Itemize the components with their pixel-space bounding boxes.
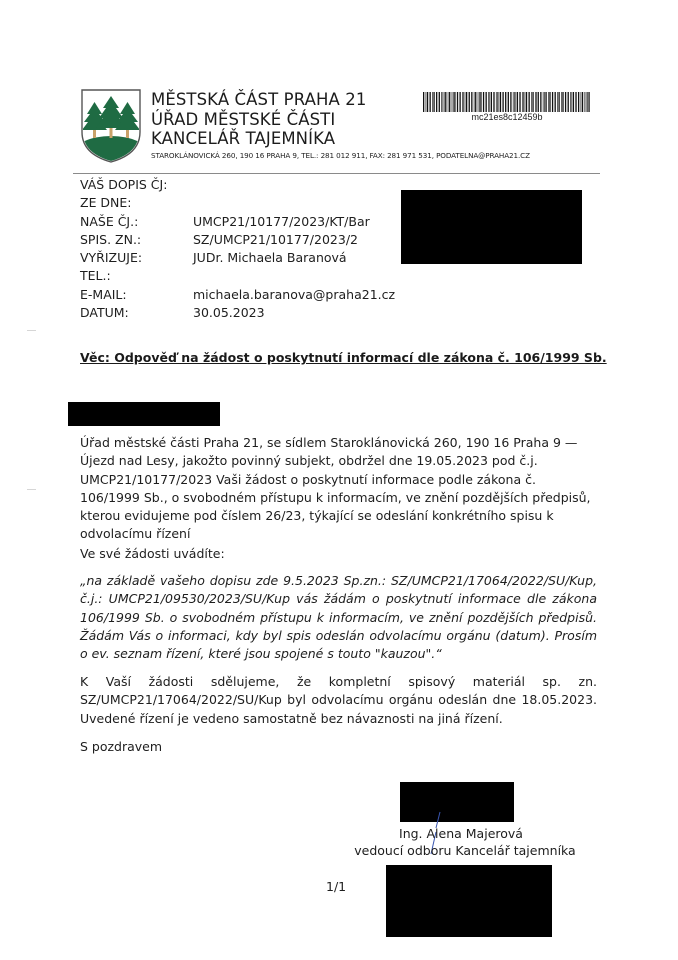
reference-value: UMCP21/10177/2023/KT/Bar bbox=[193, 213, 370, 231]
reference-row: TEL.: bbox=[80, 267, 395, 285]
reference-row: VYŘIZUJE:JUDr. Michaela Baranová bbox=[80, 249, 395, 267]
reference-row: ZE DNE: bbox=[80, 194, 395, 212]
redacted-salutation bbox=[68, 402, 220, 426]
reference-value: SZ/UMCP21/10177/2023/2 bbox=[193, 231, 358, 249]
redacted-stamp bbox=[386, 865, 552, 937]
reference-label: E-MAIL: bbox=[80, 286, 193, 304]
page-number: 1/1 bbox=[326, 879, 346, 894]
municipal-coat-of-arms-logo bbox=[80, 88, 142, 164]
reference-row: NAŠE ČJ.:UMCP21/10177/2023/KT/Bar bbox=[80, 213, 395, 231]
reference-row: E-MAIL:michaela.baranova@praha21.cz bbox=[80, 286, 395, 304]
punch-mark bbox=[27, 330, 36, 331]
reference-label: SPIS. ZN.: bbox=[80, 231, 193, 249]
reference-value: michaela.baranova@praha21.cz bbox=[193, 286, 395, 304]
intro-paragraph: Úřad městské části Praha 21, se sídlem S… bbox=[80, 434, 597, 544]
quoted-request: „na základě vašeho dopisu zde 9.5.2023 S… bbox=[80, 572, 597, 663]
signer-name: Ing. Alena Majerová bbox=[356, 826, 566, 841]
barcode-icon bbox=[423, 92, 591, 112]
reference-label: VÁŠ DOPIS ČJ: bbox=[80, 176, 193, 194]
redacted-recipient-address bbox=[401, 190, 582, 264]
header-separator bbox=[73, 173, 600, 174]
closing-greeting: S pozdravem bbox=[80, 738, 597, 756]
org-name-line-2: ÚŘAD MĚSTSKÉ ČÁSTI bbox=[151, 110, 335, 130]
reference-label: TEL.: bbox=[80, 267, 193, 285]
request-intro: Ve své žádosti uvádíte: bbox=[80, 545, 597, 563]
barcode-code: mc21es8c12459b bbox=[423, 112, 591, 122]
reference-table: VÁŠ DOPIS ČJ:ZE DNE:NAŠE ČJ.:UMCP21/1017… bbox=[80, 176, 395, 322]
org-address: STAROKLÁNOVICKÁ 260, 190 16 PRAHA 9, TEL… bbox=[151, 151, 530, 160]
reference-value: JUDr. Michaela Baranová bbox=[193, 249, 347, 267]
reference-label: VYŘIZUJE: bbox=[80, 249, 193, 267]
response-paragraph: K Vaší žádosti sdělujeme, že kompletní s… bbox=[80, 673, 597, 728]
reference-row: SPIS. ZN.:SZ/UMCP21/10177/2023/2 bbox=[80, 231, 395, 249]
punch-mark bbox=[27, 489, 36, 490]
subject-line: Věc: Odpověď na žádost o poskytnutí info… bbox=[80, 350, 607, 365]
reference-value: 30.05.2023 bbox=[193, 304, 265, 322]
reference-row: VÁŠ DOPIS ČJ: bbox=[80, 176, 395, 194]
reference-label: DATUM: bbox=[80, 304, 193, 322]
reference-label: NAŠE ČJ.: bbox=[80, 213, 193, 231]
org-name-line-1: MĚSTSKÁ ČÁST PRAHA 21 bbox=[151, 90, 366, 110]
reference-label: ZE DNE: bbox=[80, 194, 193, 212]
reference-row: DATUM:30.05.2023 bbox=[80, 304, 395, 322]
redacted-signature bbox=[400, 782, 514, 822]
org-name-line-3: KANCELÁŘ TAJEMNÍKA bbox=[151, 129, 335, 149]
signer-role: vedoucí odboru Kancelář tajemníka bbox=[330, 843, 600, 858]
